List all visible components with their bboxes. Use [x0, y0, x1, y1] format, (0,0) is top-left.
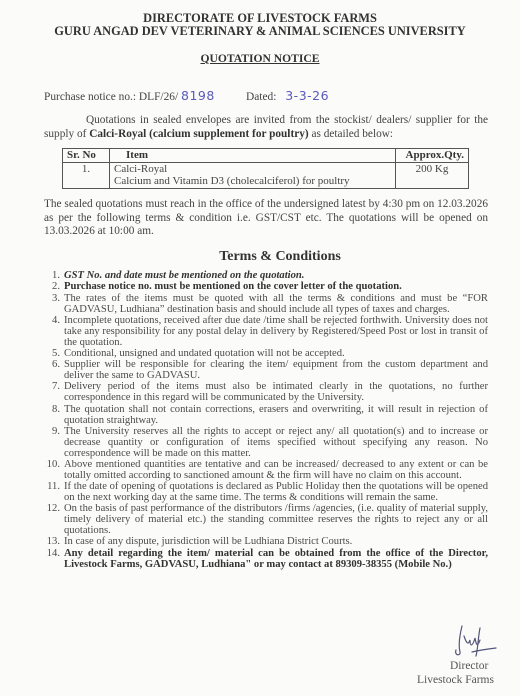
- term-item: 6.Supplier will be responsible for clear…: [44, 360, 488, 382]
- cell-qty: 200 Kg: [396, 162, 469, 188]
- terms-title: Terms & Conditions: [0, 249, 520, 265]
- term-item: 5.Conditional, unsigned and undated quot…: [44, 349, 488, 360]
- term-text: Conditional, unsigned and undated quotat…: [64, 348, 345, 359]
- table-row: 1. Calci-Royal Calcium and Vitamin D3 (c…: [63, 162, 469, 188]
- terms-list: 1.GST No. and date must be mentioned on …: [44, 271, 488, 571]
- term-text: Delivery period of the items must also b…: [64, 381, 488, 403]
- term-text: Purchase notice no. must be mentioned on…: [64, 281, 402, 292]
- dated-label: Dated:: [246, 91, 276, 103]
- items-table: Sr. No Item Approx.Qty. 1. Calci-Royal C…: [62, 148, 469, 189]
- term-text: The rates of the items must be quoted wi…: [64, 293, 488, 315]
- purchase-notice-number: 8198: [181, 88, 215, 103]
- term-item: 12.On the basis of past performance of t…: [44, 504, 488, 537]
- item-name: Calci-Royal: [114, 163, 391, 176]
- term-text: The quotation shall not contain correcti…: [64, 404, 488, 426]
- term-item: 4.Incomplete quotations, received after …: [44, 316, 488, 349]
- term-number: 10.: [44, 460, 60, 471]
- term-number: 13.: [44, 537, 60, 548]
- term-text: Above mentioned quantities are tentative…: [64, 459, 488, 481]
- col-sr-no: Sr. No: [63, 149, 110, 163]
- purchase-notice-label: Purchase notice no.: DLF/26/: [44, 91, 178, 103]
- term-number: 8.: [44, 405, 60, 416]
- term-number: 6.: [44, 360, 60, 371]
- term-item: 8.The quotation shall not contain correc…: [44, 405, 488, 427]
- intro-product: Calci-Royal (calcium supplement for poul…: [89, 128, 308, 140]
- term-item: 2.Purchase notice no. must be mentioned …: [44, 282, 488, 293]
- purchase-notice-line: Purchase notice no.: DLF/26/ 8198: [44, 88, 215, 103]
- term-number: 2.: [44, 282, 60, 293]
- term-number: 5.: [44, 349, 60, 360]
- item-description: Calcium and Vitamin D3 (cholecalciferol)…: [114, 175, 391, 188]
- header-university: GURU ANGAD DEV VETERINARY & ANIMAL SCIEN…: [0, 25, 520, 38]
- quotation-notice-document: DIRECTORATE OF LIVESTOCK FARMS GURU ANGA…: [0, 0, 520, 696]
- col-qty: Approx.Qty.: [396, 149, 469, 163]
- term-number: 14.: [44, 549, 60, 560]
- term-item: 14.Any detail regarding the item/ materi…: [44, 549, 488, 571]
- term-text: GST No. and date must be mentioned on th…: [64, 270, 304, 281]
- deadline-paragraph: The sealed quotations must reach in the …: [44, 198, 488, 239]
- term-text: If the date of opening of quotations is …: [64, 481, 488, 503]
- term-number: 3.: [44, 294, 60, 305]
- term-number: 4.: [44, 316, 60, 327]
- term-text: Incomplete quotations, received after du…: [64, 315, 488, 348]
- table-header-row: Sr. No Item Approx.Qty.: [63, 149, 469, 163]
- term-number: 9.: [44, 427, 60, 438]
- term-number: 1.: [44, 271, 60, 282]
- term-number: 11.: [44, 482, 60, 493]
- term-item: 1.GST No. and date must be mentioned on …: [44, 271, 488, 282]
- intro-text-end: as detailed below:: [309, 128, 393, 140]
- signature-org: Livestock Farms: [417, 674, 494, 686]
- page-title: QUOTATION NOTICE: [0, 52, 520, 65]
- cell-item: Calci-Royal Calcium and Vitamin D3 (chol…: [110, 162, 396, 188]
- term-item: 10.Above mentioned quantities are tentat…: [44, 460, 488, 482]
- term-number: 12.: [44, 504, 60, 515]
- term-text: Any detail regarding the item/ material …: [64, 548, 488, 570]
- term-text: On the basis of past performance of the …: [64, 503, 488, 536]
- term-item: 11.If the date of opening of quotations …: [44, 482, 488, 504]
- term-item: 7.Delivery period of the items must also…: [44, 382, 488, 404]
- intro-paragraph: Quotations in sealed envelopes are invit…: [44, 114, 488, 141]
- term-item: 13.In case of any dispute, jurisdiction …: [44, 537, 488, 548]
- term-text: In case of any dispute, jurisdiction wil…: [64, 536, 352, 547]
- col-item: Item: [110, 149, 396, 163]
- dated-line: Dated: 3-3-26: [246, 88, 329, 103]
- signature-icon: [448, 622, 498, 662]
- term-text: The University reserves all the rights t…: [64, 426, 488, 459]
- term-number: 7.: [44, 382, 60, 393]
- term-item: 3.The rates of the items must be quoted …: [44, 294, 488, 316]
- term-item: 9.The University reserves all the rights…: [44, 427, 488, 460]
- term-text: Supplier will be responsible for clearin…: [64, 359, 488, 381]
- cell-sr: 1.: [63, 162, 110, 188]
- dated-value: 3-3-26: [285, 88, 329, 103]
- signature-role: Director: [450, 660, 488, 672]
